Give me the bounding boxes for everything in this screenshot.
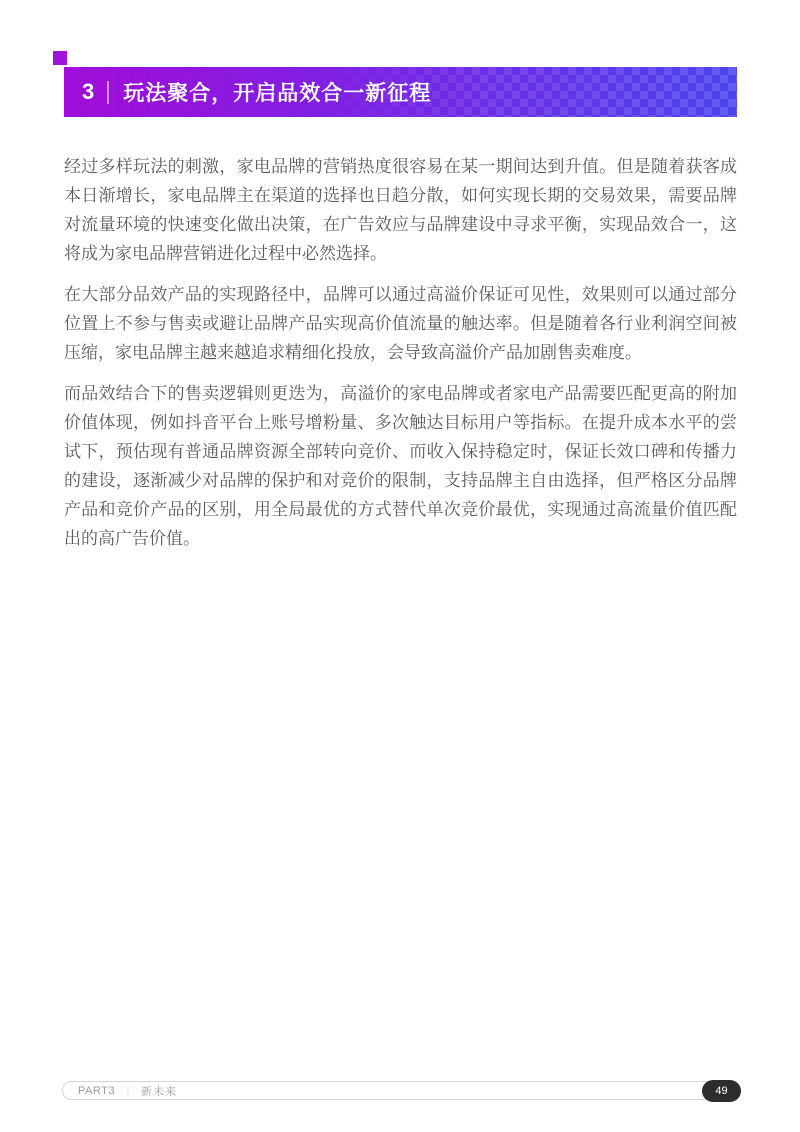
page-number-badge: 49 [702,1080,741,1102]
section-title: 玩法聚合，开启品效合一新征程 [123,77,431,107]
paragraph-2: 在大部分品效产品的实现路径中，品牌可以通过高溢价保证可见性，效果则可以通过部分位… [64,280,737,367]
footer-part-label: PART3 [78,1085,115,1097]
footer-separator: ｜ [123,1083,133,1098]
footer-bar: PART3 ｜ 新未来 49 [62,1081,741,1100]
body-content: 经过多样玩法的刺激，家电品牌的营销热度很容易在某一期间达到升值。但是随着获客成本… [64,152,737,565]
section-banner: 3 玩法聚合，开启品效合一新征程 [64,67,737,117]
paragraph-1: 经过多样玩法的刺激，家电品牌的营销热度很容易在某一期间达到升值。但是随着获客成本… [64,152,737,268]
footer-section-label: 新未来 [141,1083,177,1099]
banner-content: 3 玩法聚合，开启品效合一新征程 [64,67,737,117]
paragraph-3: 而品效结合下的售卖逻辑则更迭为，高溢价的家电品牌或者家电产品需要匹配更高的附加价… [64,379,737,553]
accent-square [53,51,67,65]
report-page: 3 玩法聚合，开启品效合一新征程 经过多样玩法的刺激，家电品牌的营销热度很容易在… [0,0,800,1132]
banner-separator [107,81,109,104]
section-number: 3 [82,79,94,105]
page-number: 49 [715,1085,727,1097]
